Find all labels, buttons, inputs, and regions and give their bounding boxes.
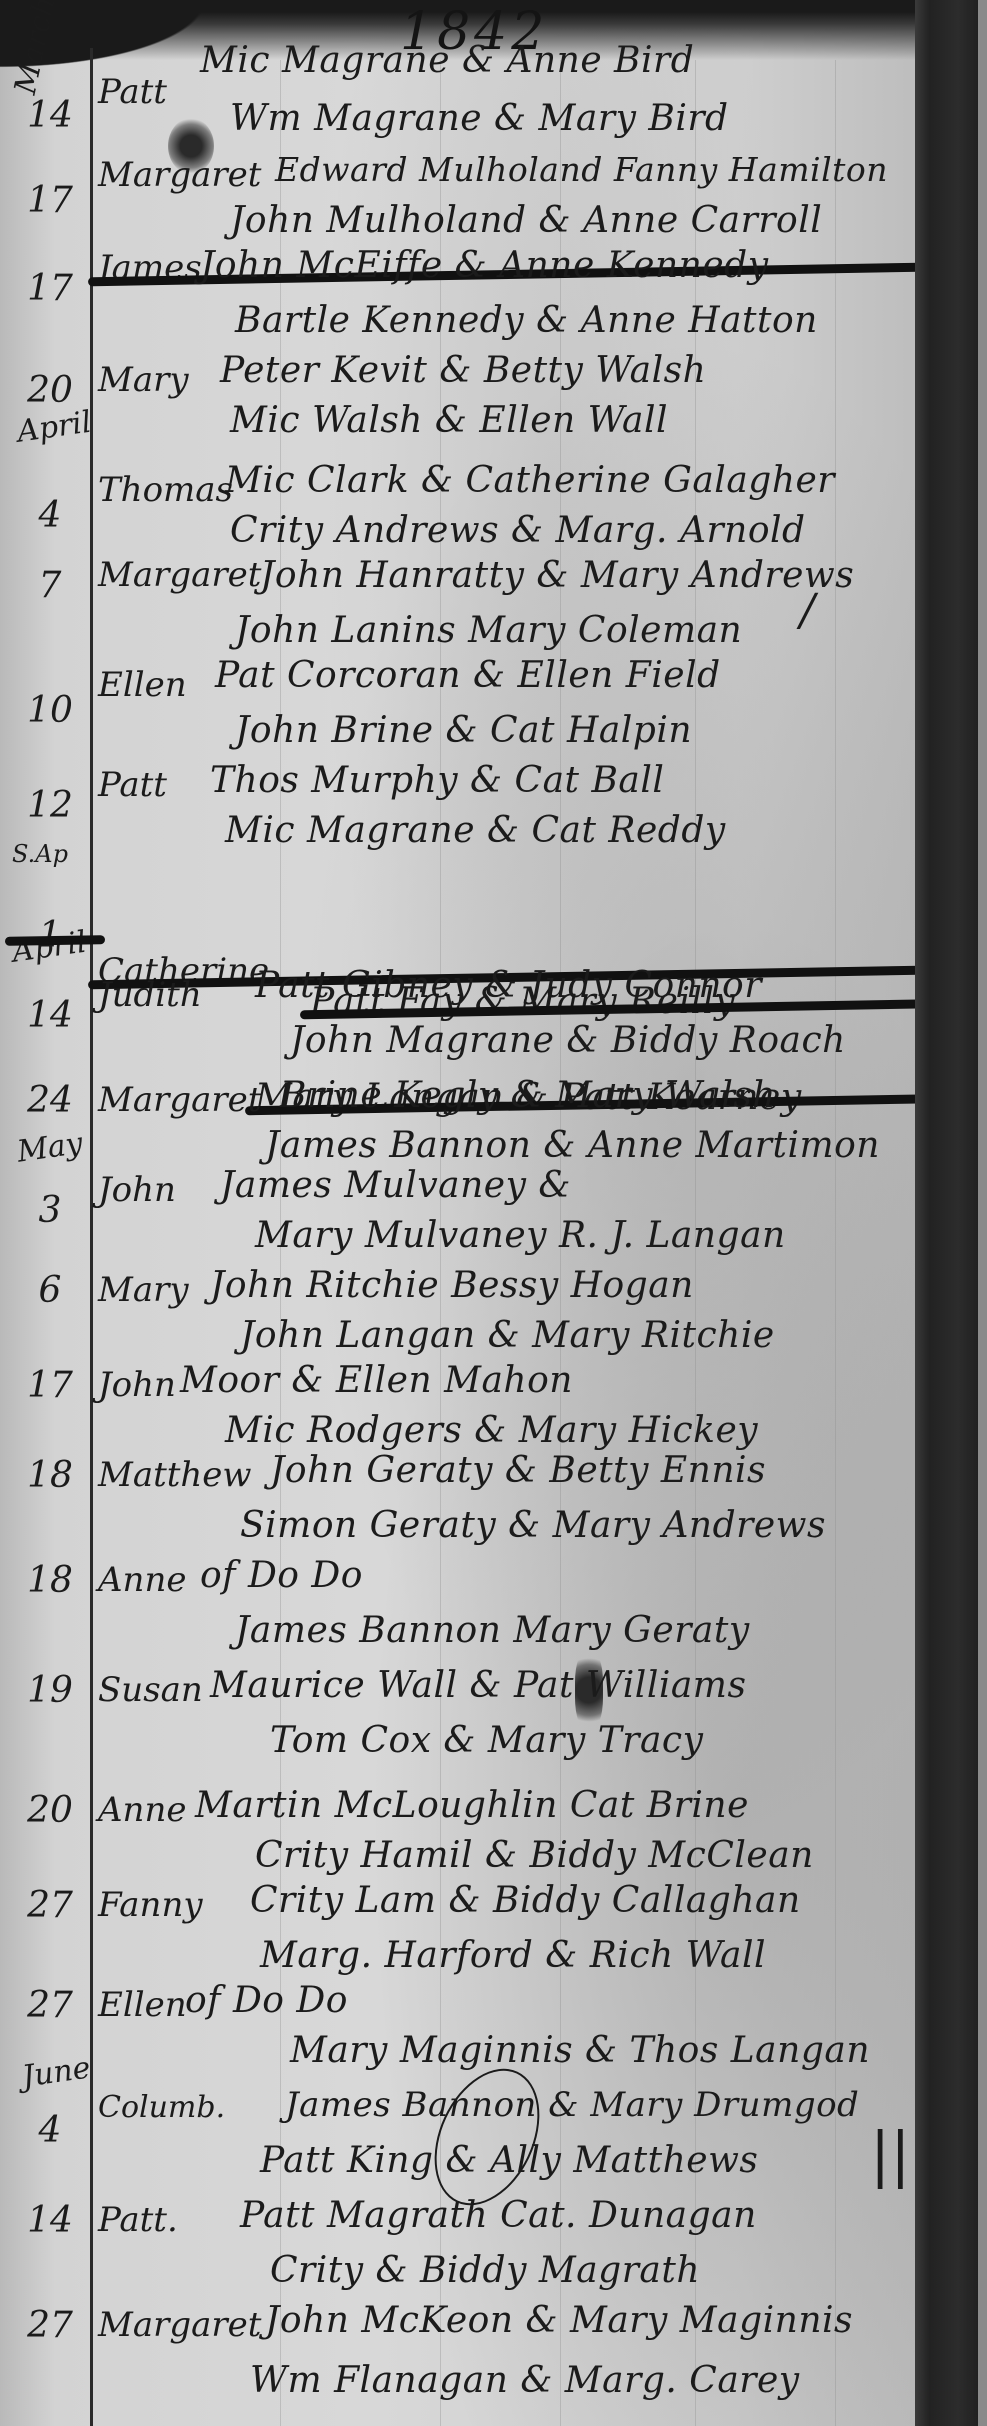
entry-sponsors-2: Mic Magrane & Cat Reddy xyxy=(225,810,726,851)
entry-child-name: Ellen xyxy=(98,665,187,705)
entry-day: 4 xyxy=(15,495,85,536)
entry-day: 27 xyxy=(15,1885,85,1926)
entry-day: 17 xyxy=(15,268,85,309)
entry-sponsors-1: Moor & Ellen Mahon xyxy=(180,1360,573,1401)
register-page: 1842 || / March April April May June 14 … xyxy=(0,0,920,2426)
entry-child-name: Judith xyxy=(98,975,202,1015)
entry-child-name: Margaret xyxy=(98,155,261,195)
entry-child-name: Susan xyxy=(98,1670,203,1710)
entry-child-name: Mary xyxy=(98,360,189,400)
entry-sponsors-1: Crity Lam & Biddy Callaghan xyxy=(250,1880,801,1921)
entry-sponsors-1: Edward Mulholand Fanny Hamilton xyxy=(275,150,888,189)
entry-day: 6 xyxy=(15,1270,85,1311)
entry-day: 10 xyxy=(15,690,85,731)
entry-sponsors-2: John Magrane & Biddy Roach xyxy=(290,1020,846,1061)
entry-margin-note: S.Ap xyxy=(5,840,75,868)
entry-sponsors-1: Patt Gibney & Judy Connor xyxy=(255,965,762,1006)
entry-child-name: Patt xyxy=(98,765,167,805)
entry-child-name: Thomas xyxy=(98,470,233,510)
entry-day: 18 xyxy=(15,1455,85,1496)
entry-sponsors-1: Pat Corcoran & Ellen Field xyxy=(215,655,721,696)
entry-sponsors-1: of Do Do xyxy=(200,1555,363,1596)
entry-sponsors-2: Mary Maginnis & Thos Langan xyxy=(290,2030,870,2071)
entry-child-name: Columb. xyxy=(98,2090,225,2125)
entry-sponsors-2: Bartle Kennedy & Anne Hatton xyxy=(235,300,818,341)
entry-sponsors-2: Mic Rodgers & Mary Hickey xyxy=(225,1410,758,1451)
entry-sponsors-2: Crity Hamil & Biddy McClean xyxy=(255,1835,814,1876)
entry-sponsors-2: Crity Andrews & Marg. Arnold xyxy=(230,510,806,551)
entry-sponsors-1: John Hanratty & Mary Andrews xyxy=(260,555,854,596)
entry-child-name: Matthew xyxy=(98,1455,252,1495)
entry-day: 27 xyxy=(15,2305,85,2346)
entry-day: 18 xyxy=(15,1560,85,1601)
entry-sponsors-1: Maurice Wall & Pat Williams xyxy=(210,1665,746,1706)
right-margin-mark: || xyxy=(870,2120,910,2190)
entry-child-name: John xyxy=(98,1365,176,1405)
entry-child-name: Anne xyxy=(98,1560,186,1600)
entry-day: 27 xyxy=(15,1985,85,2026)
entry-sponsors-2: Mic Walsh & Ellen Wall xyxy=(230,400,668,441)
entry-sponsors-1: Brine Kegly & Mary Walsh xyxy=(280,1075,776,1116)
entry-sponsors-2: Crity & Biddy Magrath xyxy=(270,2250,700,2291)
entry-sponsors-2: John Mulholand & Anne Carroll xyxy=(230,200,822,241)
entry-sponsors-1: Thos Murphy & Cat Ball xyxy=(210,760,664,801)
entry-sponsors-2: Tom Cox & Mary Tracy xyxy=(270,1720,703,1761)
entry-sponsors-2: Wm Flanagan & Marg. Carey xyxy=(250,2360,800,2401)
entry-child-name: Margaret xyxy=(98,2305,261,2345)
month-label: May xyxy=(15,1126,85,1170)
entry-child-name: Ellen xyxy=(98,1985,187,2025)
entry-day: 19 xyxy=(15,1670,85,1711)
entry-day: 7 xyxy=(15,565,85,606)
entry-day: 12 xyxy=(15,785,85,826)
entry-day: 17 xyxy=(15,180,85,221)
month-label: April xyxy=(15,405,94,450)
entry-sponsors-1: James Bannon & Mary Drumgod xyxy=(285,2085,859,2125)
entry-day: 1 xyxy=(15,915,85,956)
entry-child-name: John xyxy=(98,1170,176,1210)
adjacent-page-edge xyxy=(978,0,987,2426)
entry-child-name: Margaret xyxy=(98,1080,261,1120)
entry-child-name: Mary xyxy=(98,1270,189,1310)
entry-child-name: Fanny xyxy=(98,1885,203,1925)
entry-day: 20 xyxy=(15,370,85,411)
month-label: June xyxy=(20,2050,93,2094)
entry-sponsors-2: Mary Mulvaney R. J. Langan xyxy=(255,1215,786,1256)
entry-sponsors-2: Wm Magrane & Mary Bird xyxy=(230,98,729,139)
entry-day: 14 xyxy=(15,995,85,1036)
entry-sponsors-2: John Brine & Cat Halpin xyxy=(235,710,692,751)
entry-sponsors-1: John Geraty & Betty Ennis xyxy=(270,1450,766,1491)
entry-sponsors-1: John Ritchie Bessy Hogan xyxy=(210,1265,694,1306)
entry-day: 20 xyxy=(15,1790,85,1831)
entry-sponsors-1: of Do Do xyxy=(185,1980,348,2021)
entry-day: 24 xyxy=(15,1080,85,1121)
entry-sponsors-1: Peter Kevit & Betty Walsh xyxy=(220,350,706,391)
entry-sponsors-2: James Bannon & Anne Martimon xyxy=(265,1125,880,1166)
entry-sponsors-2: John Langan & Mary Ritchie xyxy=(240,1315,775,1356)
entry-day: 17 xyxy=(15,1365,85,1406)
entry-child-name: Margaret xyxy=(98,555,261,595)
entry-sponsors-1: Patt Magrath Cat. Dunagan xyxy=(240,2195,757,2236)
ruled-line xyxy=(835,60,836,2426)
entry-child-name: Patt xyxy=(98,72,167,112)
entry-sponsors-1: James Mulvaney & xyxy=(220,1165,571,1206)
entry-day: 4 xyxy=(15,2110,85,2151)
entry-sponsors-2: John Lanins Mary Coleman xyxy=(235,610,742,651)
entry-sponsors-2: James Bannon Mary Geraty xyxy=(235,1610,750,1651)
entry-sponsors-1: Martin McLoughlin Cat Brine xyxy=(195,1785,749,1826)
entry-sponsors-2: Patt King & Ally Matthews xyxy=(260,2140,758,2181)
entry-day: 14 xyxy=(15,2200,85,2241)
entry-child-name: Anne xyxy=(98,1790,186,1830)
entry-sponsors-2: Simon Geraty & Mary Andrews xyxy=(240,1505,826,1546)
book-binding-gutter xyxy=(915,0,987,2426)
entry-sponsors-2: Marg. Harford & Rich Wall xyxy=(260,1935,766,1976)
entry-day: 3 xyxy=(15,1190,85,1231)
entry-sponsors-1: John McKeon & Mary Maginnis xyxy=(265,2300,853,2341)
entry-sponsors-1: John McEiffe & Anne Kennedy xyxy=(200,245,769,286)
entry-day: 14 xyxy=(15,95,85,136)
entry-sponsors-1: Mic Magrane & Anne Bird xyxy=(200,40,694,81)
entry-sponsors-1: Mic Clark & Catherine Galagher xyxy=(225,460,835,501)
entry-child-name: Patt. xyxy=(98,2200,178,2240)
